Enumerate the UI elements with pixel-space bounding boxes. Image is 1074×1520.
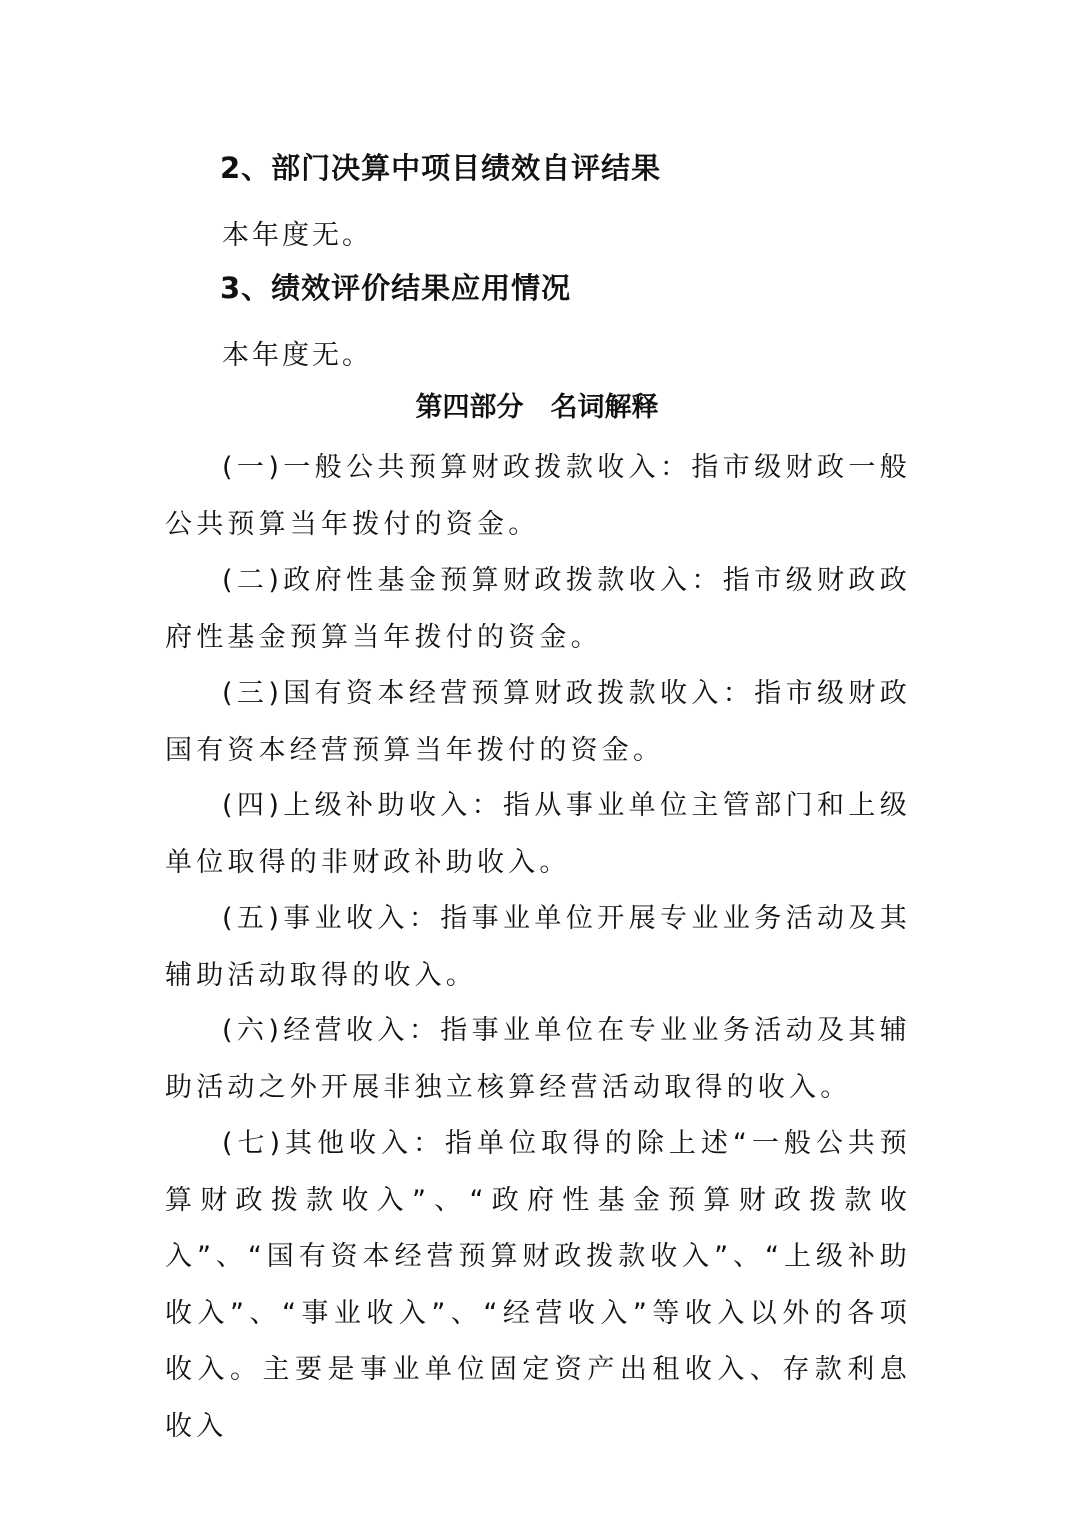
- definition-1: (一)一般公共预算财政拨款收入：指市级财政一般公共预算当年拨付的资金。: [165, 440, 911, 553]
- definition-4: (四)上级补助收入：指从事业单位主管部门和上级单位取得的非财政补助收入。: [165, 778, 911, 891]
- definition-6: (六)经营收入：指事业单位在专业业务活动及其辅助活动之外开展非独立核算经营活动取…: [165, 1003, 911, 1116]
- heading-project-performance: 2、部门决算中项目绩效自评结果: [220, 146, 661, 187]
- heading-evaluation-application: 3、绩效评价结果应用情况: [220, 266, 571, 307]
- section-title: 第四部分 名词解释: [0, 385, 1074, 424]
- document-page: 2、部门决算中项目绩效自评结果 本年度无。 3、绩效评价结果应用情况 本年度无。…: [0, 0, 1074, 1520]
- paragraph-none-2: 本年度无。: [222, 333, 372, 372]
- definition-2: (二)政府性基金预算财政拨款收入：指市级财政政府性基金预算当年拨付的资金。: [165, 553, 911, 666]
- definition-3: (三)国有资本经营预算财政拨款收入：指市级财政国有资本经营预算当年拨付的资金。: [165, 666, 911, 779]
- definition-5: (五)事业收入：指事业单位开展专业业务活动及其辅助活动取得的收入。: [165, 891, 911, 1004]
- definition-7: (七)其他收入：指单位取得的除上述“一般公共预算财政拨款收入”、“政府性基金预算…: [165, 1116, 911, 1455]
- paragraph-none-1: 本年度无。: [222, 213, 372, 252]
